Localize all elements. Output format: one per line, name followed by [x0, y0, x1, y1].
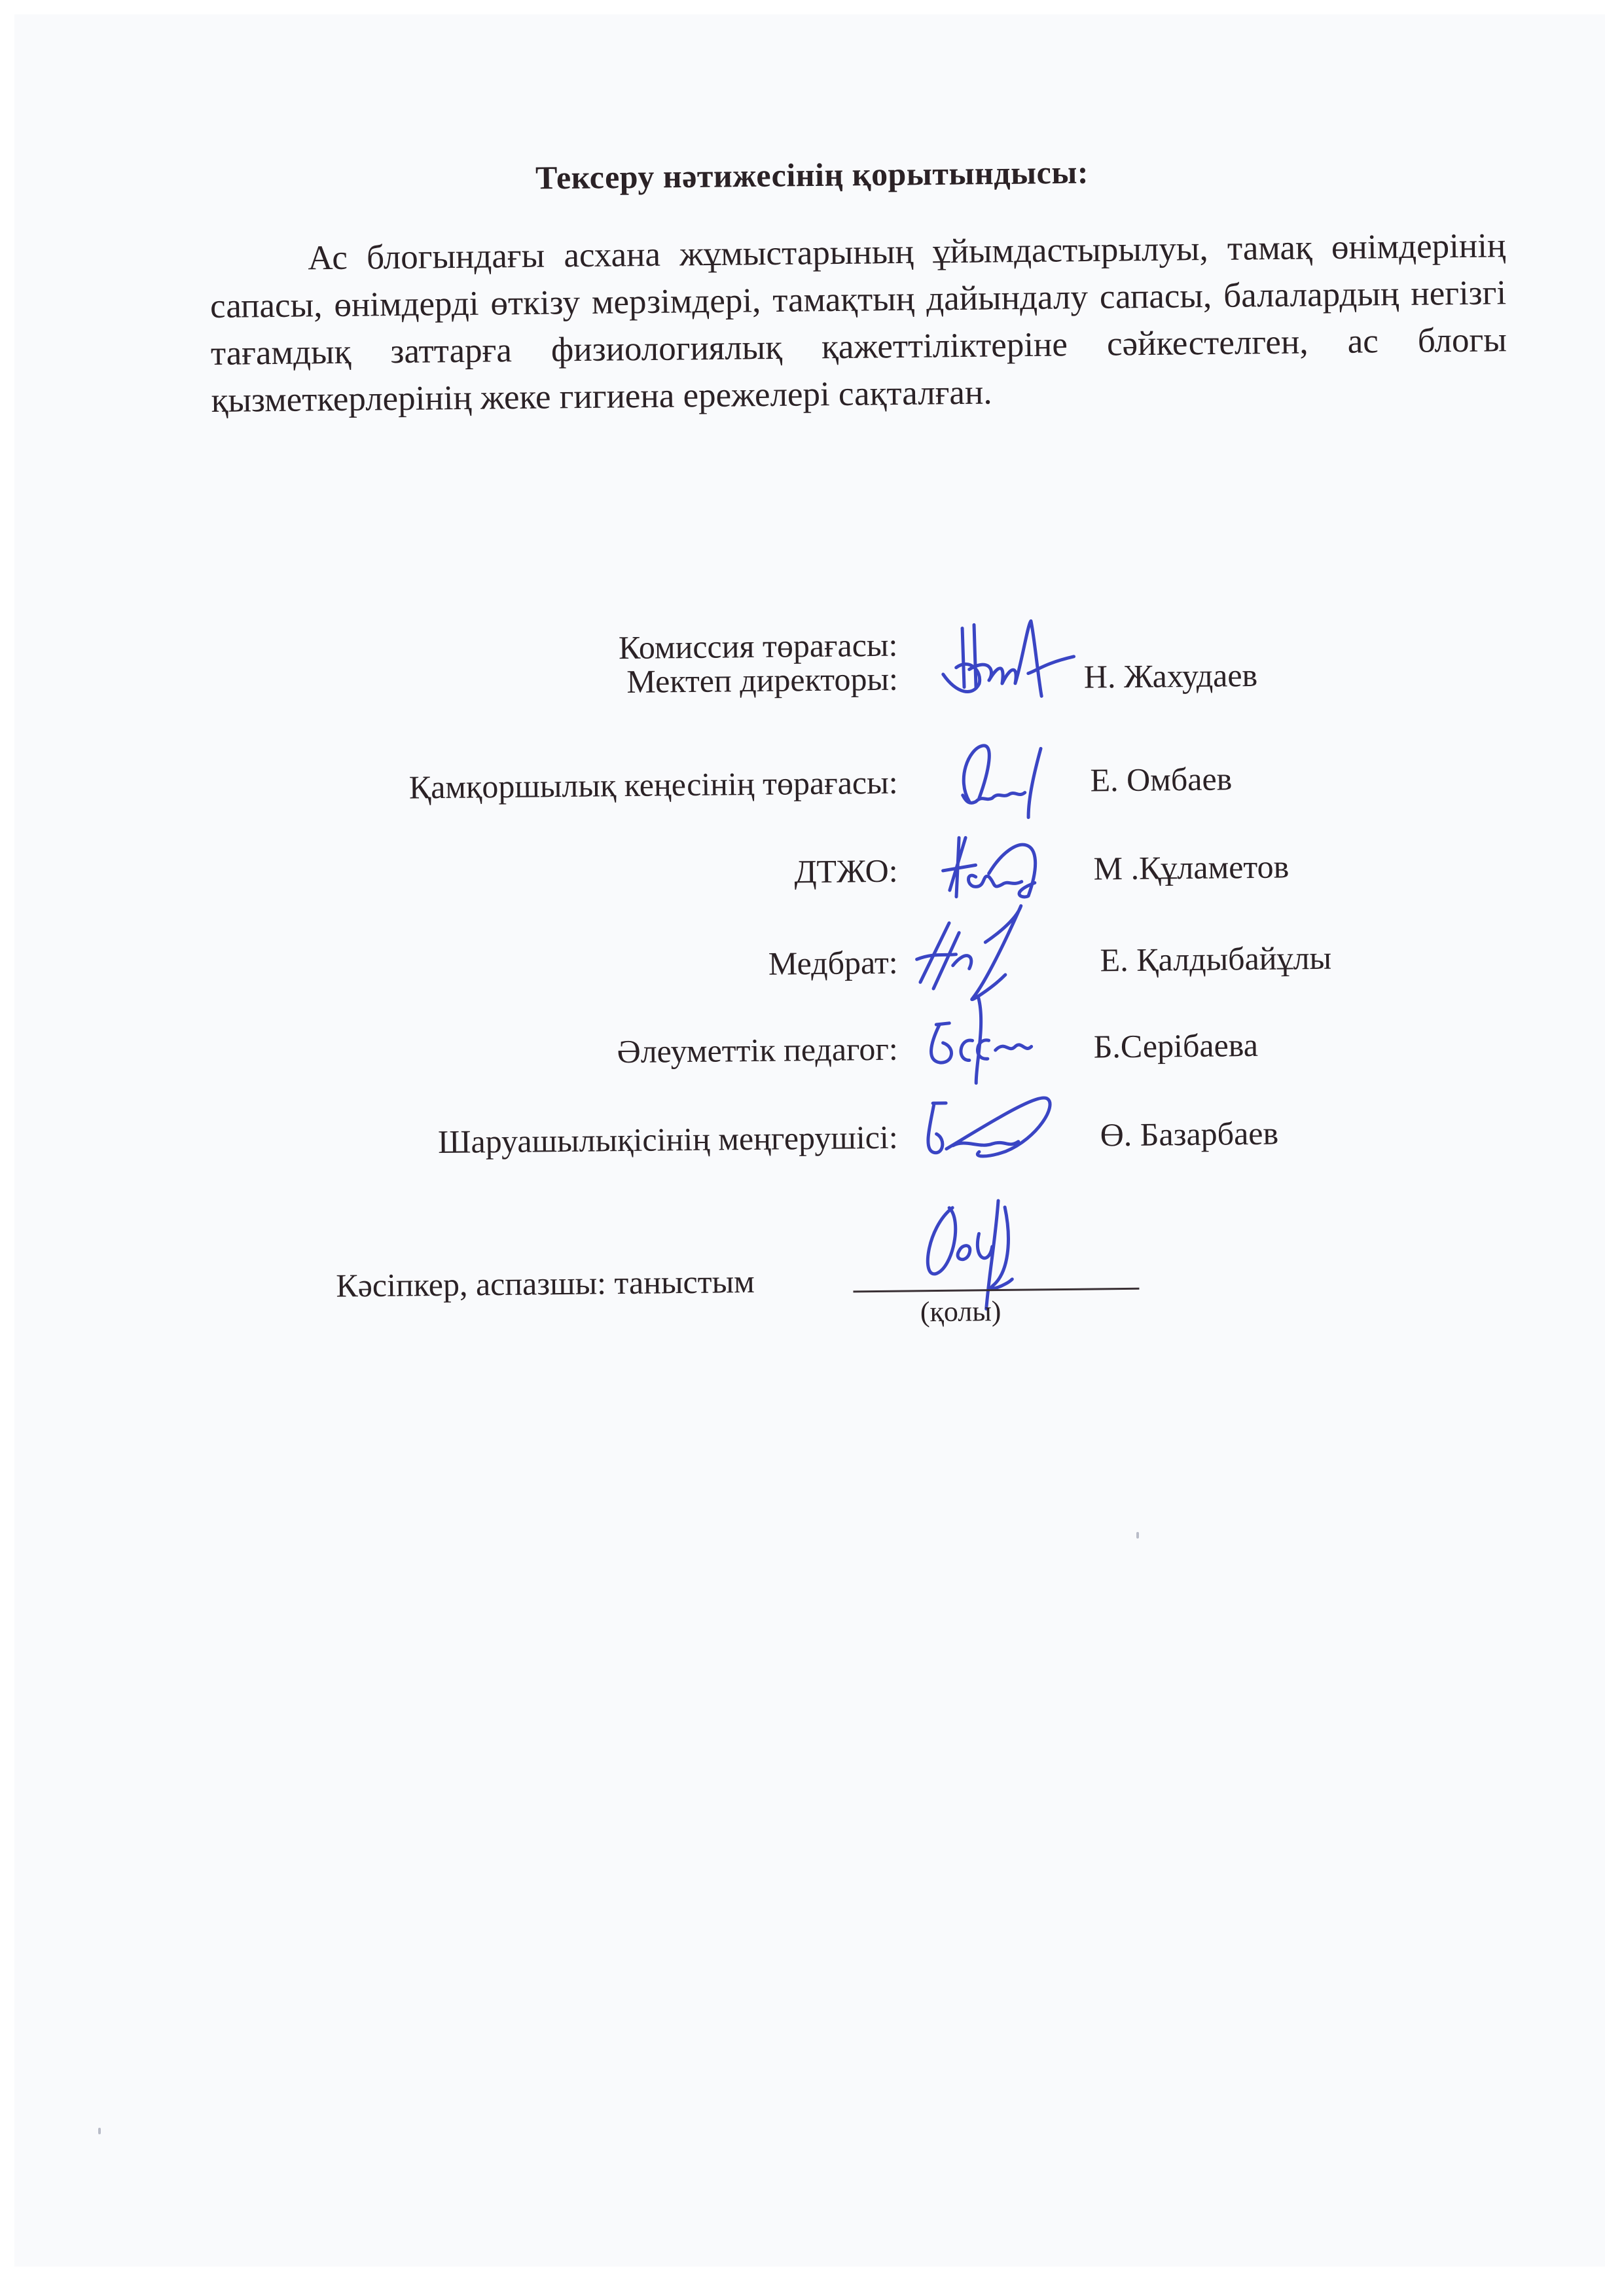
signatory-chairman: Комиссия төрағасы: Мектеп директоры: Н. … [0, 611, 1624, 727]
signatory-name: Ө. Базарбаев [1100, 1114, 1278, 1154]
signature-ombaev [943, 738, 1068, 825]
signatory-social-pedagogue: Әлеуметтік педагог: Б.Серібаева [0, 994, 1624, 1097]
acknowledgement-label: Кәсіпкер, аспазшы: таныстым [336, 1262, 755, 1305]
conclusion-text: Ас блогындағы асхана жұмыстарының ұйымда… [209, 222, 1507, 424]
signature-kulametov [929, 824, 1061, 910]
signatory-nurse: Медбрат: Е. Қалдыбайұлы [0, 909, 1624, 1011]
signatory-name: Е. Қалдыбайұлы [1100, 939, 1331, 979]
signature-zhakhudaev [923, 611, 1081, 711]
signatory-facilities-manager: Шаруашылықісінің меңгерушісі: Ө. Базарба… [0, 1083, 1624, 1185]
role-label: Қамқоршылық кеңесінің төрағасы: [409, 763, 898, 807]
role-label: ДТЖО: [794, 852, 898, 891]
signature-seribaeva [910, 984, 1049, 1090]
signature-bazarbaev [907, 1085, 1064, 1173]
signatory-name: Е. Омбаев [1090, 759, 1232, 799]
signatory-name: Н. Жахудаев [1084, 656, 1258, 696]
acknowledgement-block: Кәсіпкер, аспазшы: таныстым (қолы) [0, 1188, 1624, 1349]
role-label-secondary: Мектеп директоры: [626, 660, 898, 701]
signatory-name: М .Құламетов [1093, 847, 1289, 887]
scan-speck [98, 2128, 101, 2134]
body-paragraph: Ас блогындағы асхана жұмыстарының ұйымда… [209, 222, 1507, 424]
role-label: Медбрат: [768, 943, 897, 983]
role-label: Әлеуметтік педагог: [617, 1030, 898, 1070]
scan-speck [1136, 1532, 1139, 1539]
signatory-name: Б.Серібаева [1093, 1026, 1258, 1066]
role-label: Шаруашылықісінің меңгерушісі: [438, 1118, 898, 1161]
signature-caption: (қолы) [920, 1292, 1001, 1331]
